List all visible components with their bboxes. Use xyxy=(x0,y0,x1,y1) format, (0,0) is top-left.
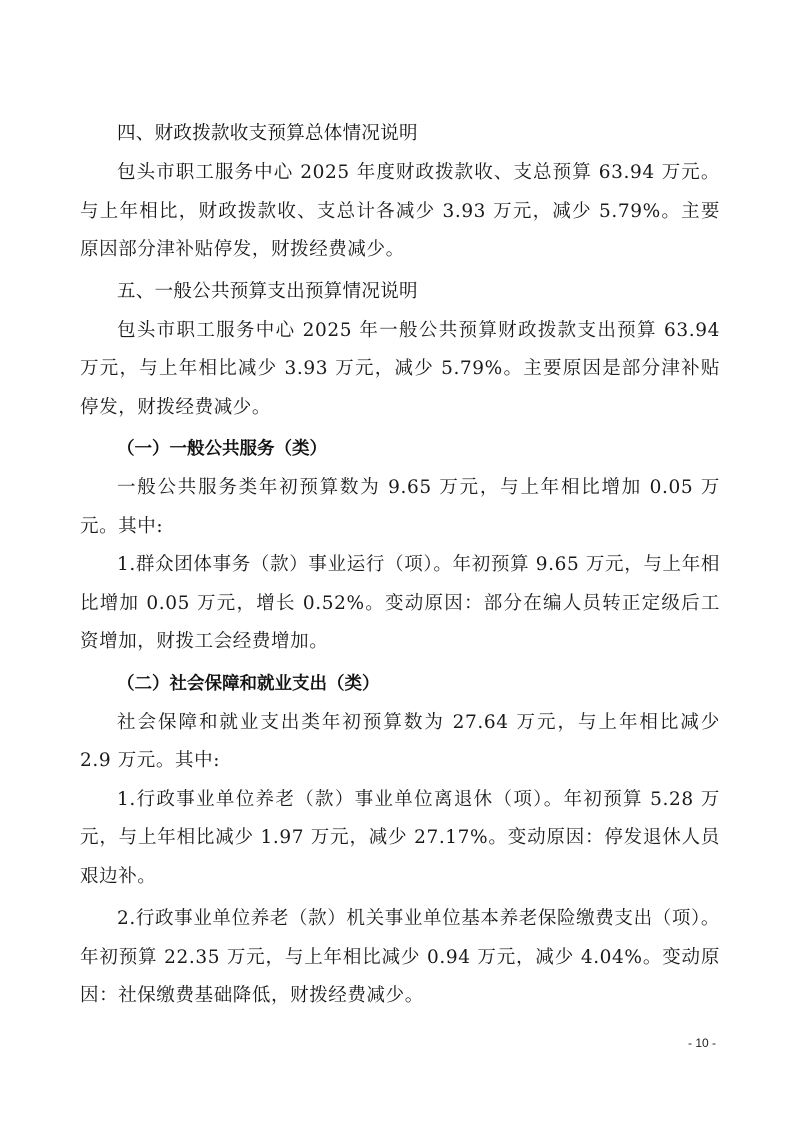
page-number: - 10 - xyxy=(688,1036,716,1050)
paragraph: 一般公共服务类年初预算数为 9.65 万元，与上年相比增加 0.05 万元。其中… xyxy=(80,469,720,546)
paragraph: 1.行政事业单位养老（款）事业单位离退休（项）。年初预算 5.28 万元，与上年… xyxy=(80,781,720,897)
document-page: 四、财政拨款收支预算总体情况说明 包头市职工服务中心 2025 年度财政拨款收、… xyxy=(0,0,794,1123)
paragraph: 1.群众团体事务（款）事业运行（项）。年初预算 9.65 万元，与上年相比增加 … xyxy=(80,546,720,662)
paragraph: 包头市职工服务中心 2025 年度财政拨款收、支总预算 63.94 万元。与上年… xyxy=(80,154,720,270)
subsection-heading-2: （二）社会保障和就业支出（类） xyxy=(80,664,720,704)
paragraph: 2.行政事业单位养老（款）机关事业单位基本养老保险缴费支出（项）。年初预算 22… xyxy=(80,900,720,1016)
section-heading-5: 五、一般公共预算支出预算情况说明 xyxy=(80,272,720,312)
section-heading-4: 四、财政拨款收支预算总体情况说明 xyxy=(80,114,720,154)
paragraph: 包头市职工服务中心 2025 年一般公共预算财政拨款支出预算 63.94 万元，… xyxy=(80,312,720,428)
page-content: 四、财政拨款收支预算总体情况说明 包头市职工服务中心 2025 年度财政拨款收、… xyxy=(80,114,720,1016)
subsection-heading-1: （一）一般公共服务（类） xyxy=(80,429,720,469)
paragraph: 社会保障和就业支出类年初预算数为 27.64 万元，与上年相比减少 2.9 万元… xyxy=(80,704,720,781)
